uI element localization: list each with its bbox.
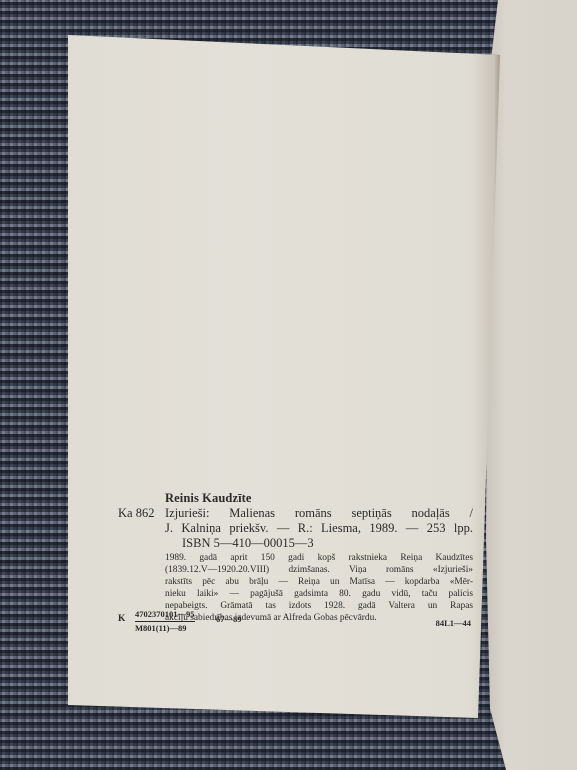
code-fraction: 4702370101—95 M801(11)—89 (135, 609, 195, 634)
code-middle: 67—89 (216, 614, 242, 624)
code-right: 84L1—44 (436, 618, 471, 628)
annotation-line: rakstīts pēc abu brāļu — Reiņa un Matīsa… (165, 576, 473, 588)
annotation-line: nepabeigts. Grāmatā tas izdots 1928. gad… (165, 600, 473, 612)
code-letter: K (118, 614, 125, 624)
annotation-line: (1839.12.V—1920.20.VIII) dzimšanas. Viņa… (165, 564, 473, 576)
title-line-1: Izjurieši: Malienas romāns septiņās noda… (165, 506, 473, 521)
title-line-2: J. Kalniņa priekšv. — R.: Liesma, 1989. … (165, 521, 473, 536)
annotation-line: 1989. gadā aprit 150 gadi kopš rakstniek… (165, 552, 473, 564)
code-numerator: 4702370101—95 (135, 609, 195, 622)
annotation: 1989. gadā aprit 150 gadi kopš rakstniek… (165, 552, 473, 624)
annotation-line: nieku laiki» — pagājušā gadsimta 80. gad… (165, 588, 473, 600)
author-name: Reinis Kaudzīte (165, 491, 252, 506)
shelfmark: Ka 862 (118, 506, 154, 521)
code-denominator: M801(11)—89 (135, 622, 195, 634)
facing-page (486, 0, 577, 770)
annotation-line: akciju sabiedrības izdevumā ar Alfreda G… (165, 612, 473, 624)
isbn: ISBN 5—410—00015—3 (182, 536, 314, 551)
